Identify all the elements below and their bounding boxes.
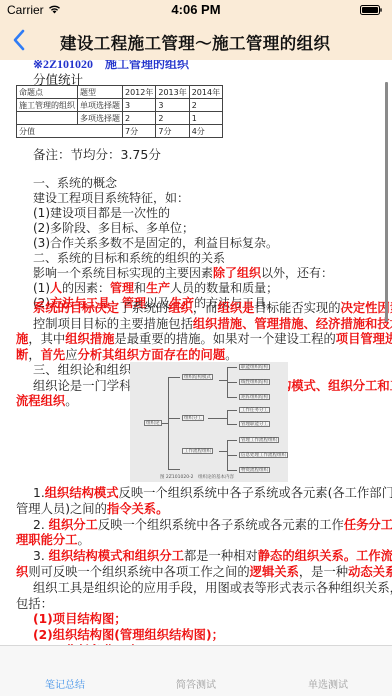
text: ，而 [193,301,218,315]
page-title: 建设工程施工管理～施工管理的组织 [60,30,392,54]
highlight: 组织是 [218,301,255,315]
text: 的因素： [62,281,110,295]
clock: 4:06 PM [0,2,392,17]
section-2-line: 影响一个系统目标实现的主要因素除了组织以外，还有： [16,266,386,281]
text: 是最重要的措施。如果对一个建设工程的 [114,332,335,346]
text: ， [28,348,40,362]
text: 人员的数量和质量； [170,281,278,295]
highlight: 管理 [110,281,134,295]
highlight: 组织措施 [65,332,114,346]
list-item: (3)合作关系多数不是固定的，利益目标复杂。 [16,236,386,251]
text: 影响一个系统目标实现的主要因素 [33,266,213,280]
tab-notes-summary[interactable]: 笔记总结 [15,676,115,691]
table-cell: 2 [156,112,189,125]
highlight: 分析其组织方面存在的问题 [78,348,226,362]
diagram-node: 组织分工 [182,415,204,421]
table-header: 题型 [78,86,123,99]
text: ，其中 [28,332,65,346]
table-cell: 3 [156,99,189,112]
diagram-node: 工作任务分工 [239,407,270,413]
table-row: 施工管理的组织 单项选择题 3 3 2 [17,99,223,112]
diagram-node: 职能组织结构 [239,364,270,370]
list-item: (1)建设项目都是一次性的 [16,206,386,221]
table-cell: 3 [123,99,156,112]
spacer [16,162,386,176]
table-row: 多项选择题 2 2 1 [17,112,223,125]
tab-short-answer-test[interactable]: 简答测试 [146,676,246,691]
paragraph: 2. 组织分工反映一个组织系统中各子系统或各元素的工作任务分工和管 [16,518,386,534]
list-item: (1)项目结构图； [16,612,386,628]
text: 都是一种相对 [184,549,258,563]
highlight: 项目管理进行诊 [336,332,392,346]
table-header: 2012年 [123,86,156,99]
paragraph: 包括： [16,597,386,613]
diagram-caption: 图 2Z101020-2 组织论的基本内容 [160,474,234,480]
scrollbar[interactable] [385,82,388,322]
organization-theory-diagram: 组织论 组织结构模式 组织分工 工作流程组织 职能组织结构 线性组织结构 矩阵组… [130,362,288,482]
highlight: 除了组织 [213,266,261,280]
notes-scroll-view[interactable]: ※2Z101020 施工管理的组织 分值统计 命题点 题型 2012年 2013… [0,60,392,645]
highlight: 组织结构模式和组织分工 [49,549,184,563]
highlight: 断 [16,348,28,362]
highlight: 系统的目标决定 [33,301,119,315]
tab-bar: 笔记总结 简答测试 单选测试 [0,645,392,696]
text: 应 [65,348,77,362]
diagram-node: 组织结构模式 [182,374,213,380]
table-cell: 施工管理的组织 [17,99,78,112]
paragraph: 管理人员)之间的指令关系。 [16,502,386,518]
diagram-node: 管理工作流程组织 [239,437,279,443]
text: 目标能否实现的 [254,301,340,315]
table-cell: 4分 [189,125,222,138]
table-cell: 7分 [123,125,156,138]
table-cell: 多项选择题 [78,112,123,125]
table-cell: 分值 [17,125,123,138]
section-1-title: 一、系统的概念 [16,176,386,191]
diagram-node-root: 组织论 [144,420,162,426]
back-button[interactable] [10,28,30,52]
nav-bar: 建设工程施工管理～施工管理的组织 [0,20,392,60]
table-header: 2014年 [189,86,222,99]
note-body-bottom: 1.组织结构模式反映一个组织系统中各子系统或各元素(各工作部门或各 管理人员)之… [16,486,386,645]
diagram-node: 物资流程组织 [239,467,270,473]
paragraph: 组织工具是组织论的应用手段，用图或表等形式表示各种组织关系，它 [16,581,386,597]
table-cell [17,112,78,125]
highlight: 首先 [41,348,66,362]
highlight: 生产 [146,281,170,295]
score-table: 命题点 题型 2012年 2013年 2014年 施工管理的组织 单项选择题 3… [16,85,223,138]
chevron-left-icon [15,31,23,49]
highlight: 组织结构模式 [45,486,119,500]
table-row: 分值 7分 7分 4分 [17,125,223,138]
table-cell: 2 [189,99,222,112]
text: 2. [33,518,49,532]
status-bar: Carrier 4:06 PM [0,0,392,20]
highlight: 组织措施、管理措施、经济措施和技术措 [193,317,392,331]
paragraph: 施，其中组织措施是最重要的措施。如果对一个建设工程的项目管理进行诊 [16,332,386,348]
text: (1) [33,281,50,295]
diagram-node: 信息处理工作流程组织 [239,452,288,458]
list-item: (2)多阶段、多目标、多单位； [16,221,386,236]
text: 和 [134,281,146,295]
highlight: 组织 [168,301,193,315]
table-cell: 7分 [156,125,189,138]
text: ，是一种 [299,565,348,579]
table-header: 2013年 [156,86,189,99]
text: 了系统的 [119,301,168,315]
paragraph: 断，首先应分析其组织方面存在的问题。 [16,348,386,364]
text: 。 [78,533,90,547]
highlight: 任务分工和管 [344,518,392,532]
highlight: 施 [16,332,28,346]
header: Carrier 4:06 PM 建设工程施工管理～施工管理的组织 [0,0,392,60]
section-1-intro: 建设工程项目系统特征，如： [16,191,386,206]
note-body-top: 备注：节均分：3.75分 一、系统的概念 建设工程项目系统特征，如： (1)建设… [16,147,386,311]
list-item: (1)人的因素：管理和生产人员的数量和质量； [16,281,386,296]
list-item: (2)组织结构图(管理组织结构图)； [16,628,386,644]
text: 控制项目目标的主要措施包括 [33,317,193,331]
highlight: 静态的组织关系。工作流程组 [258,549,392,563]
diagram-node: 管理职能分工 [239,421,270,427]
table-header-row: 命题点 题型 2012年 2013年 2014年 [17,86,223,99]
battery-icon [360,5,382,15]
text: 反映一个组织系统中各子系统或各元素的工作 [98,518,344,532]
diagram-node: 线性组织结构 [239,379,270,385]
highlight: 动态关系 [348,565,392,579]
paragraph: 控制项目目标的主要措施包括组织措施、管理措施、经济措施和技术措 [16,317,386,333]
paragraph: 1.组织结构模式反映一个组织系统中各子系统或各元素(各工作部门或各 [16,486,386,502]
tab-single-choice-test[interactable]: 单选测试 [278,676,378,691]
paragraph: 织则可反映一个组织系统中各项工作之间的逻辑关系，是一种动态关系。 [16,565,386,581]
highlight: 理职能分工 [16,533,78,547]
paragraph: 3. 组织结构模式和组织分工都是一种相对静态的组织关系。工作流程组 [16,549,386,565]
table-header: 命题点 [17,86,78,99]
paragraph: 系统的目标决定了系统的组织，而组织是目标能否实现的决定性因素。 [16,301,386,317]
text: 。 [65,394,77,408]
highlight: 指令关系。 [107,502,169,516]
table-cell: 单项选择题 [78,99,123,112]
highlight: 人 [50,281,62,295]
highlight: 组织分工 [49,518,98,532]
text: 以外，还有： [261,266,333,280]
diagram-node: 矩阵组织结构 [239,394,270,400]
highlight: 逻辑关系 [250,565,299,579]
table-cell: 2 [123,112,156,125]
text: 1. [33,486,45,500]
text: 。 [225,348,237,362]
text: 则可反映一个组织系统中各项工作之间的 [28,565,249,579]
highlight: 流程组织 [16,394,65,408]
paragraph: 理职能分工。 [16,533,386,549]
text: 反映一个组织系统中各子系统或各元素(各工作部门或各 [119,486,392,500]
section-2-title: 二、系统的目标和系统的组织的关系 [16,251,386,266]
text: 管理人员)之间的 [16,502,107,516]
diagram-node: 工作流程组织 [182,448,213,454]
highlight: 织 [16,565,28,579]
table-cell: 1 [189,112,222,125]
text: 3. [33,549,49,563]
score-note: 备注：节均分：3.75分 [16,147,386,162]
